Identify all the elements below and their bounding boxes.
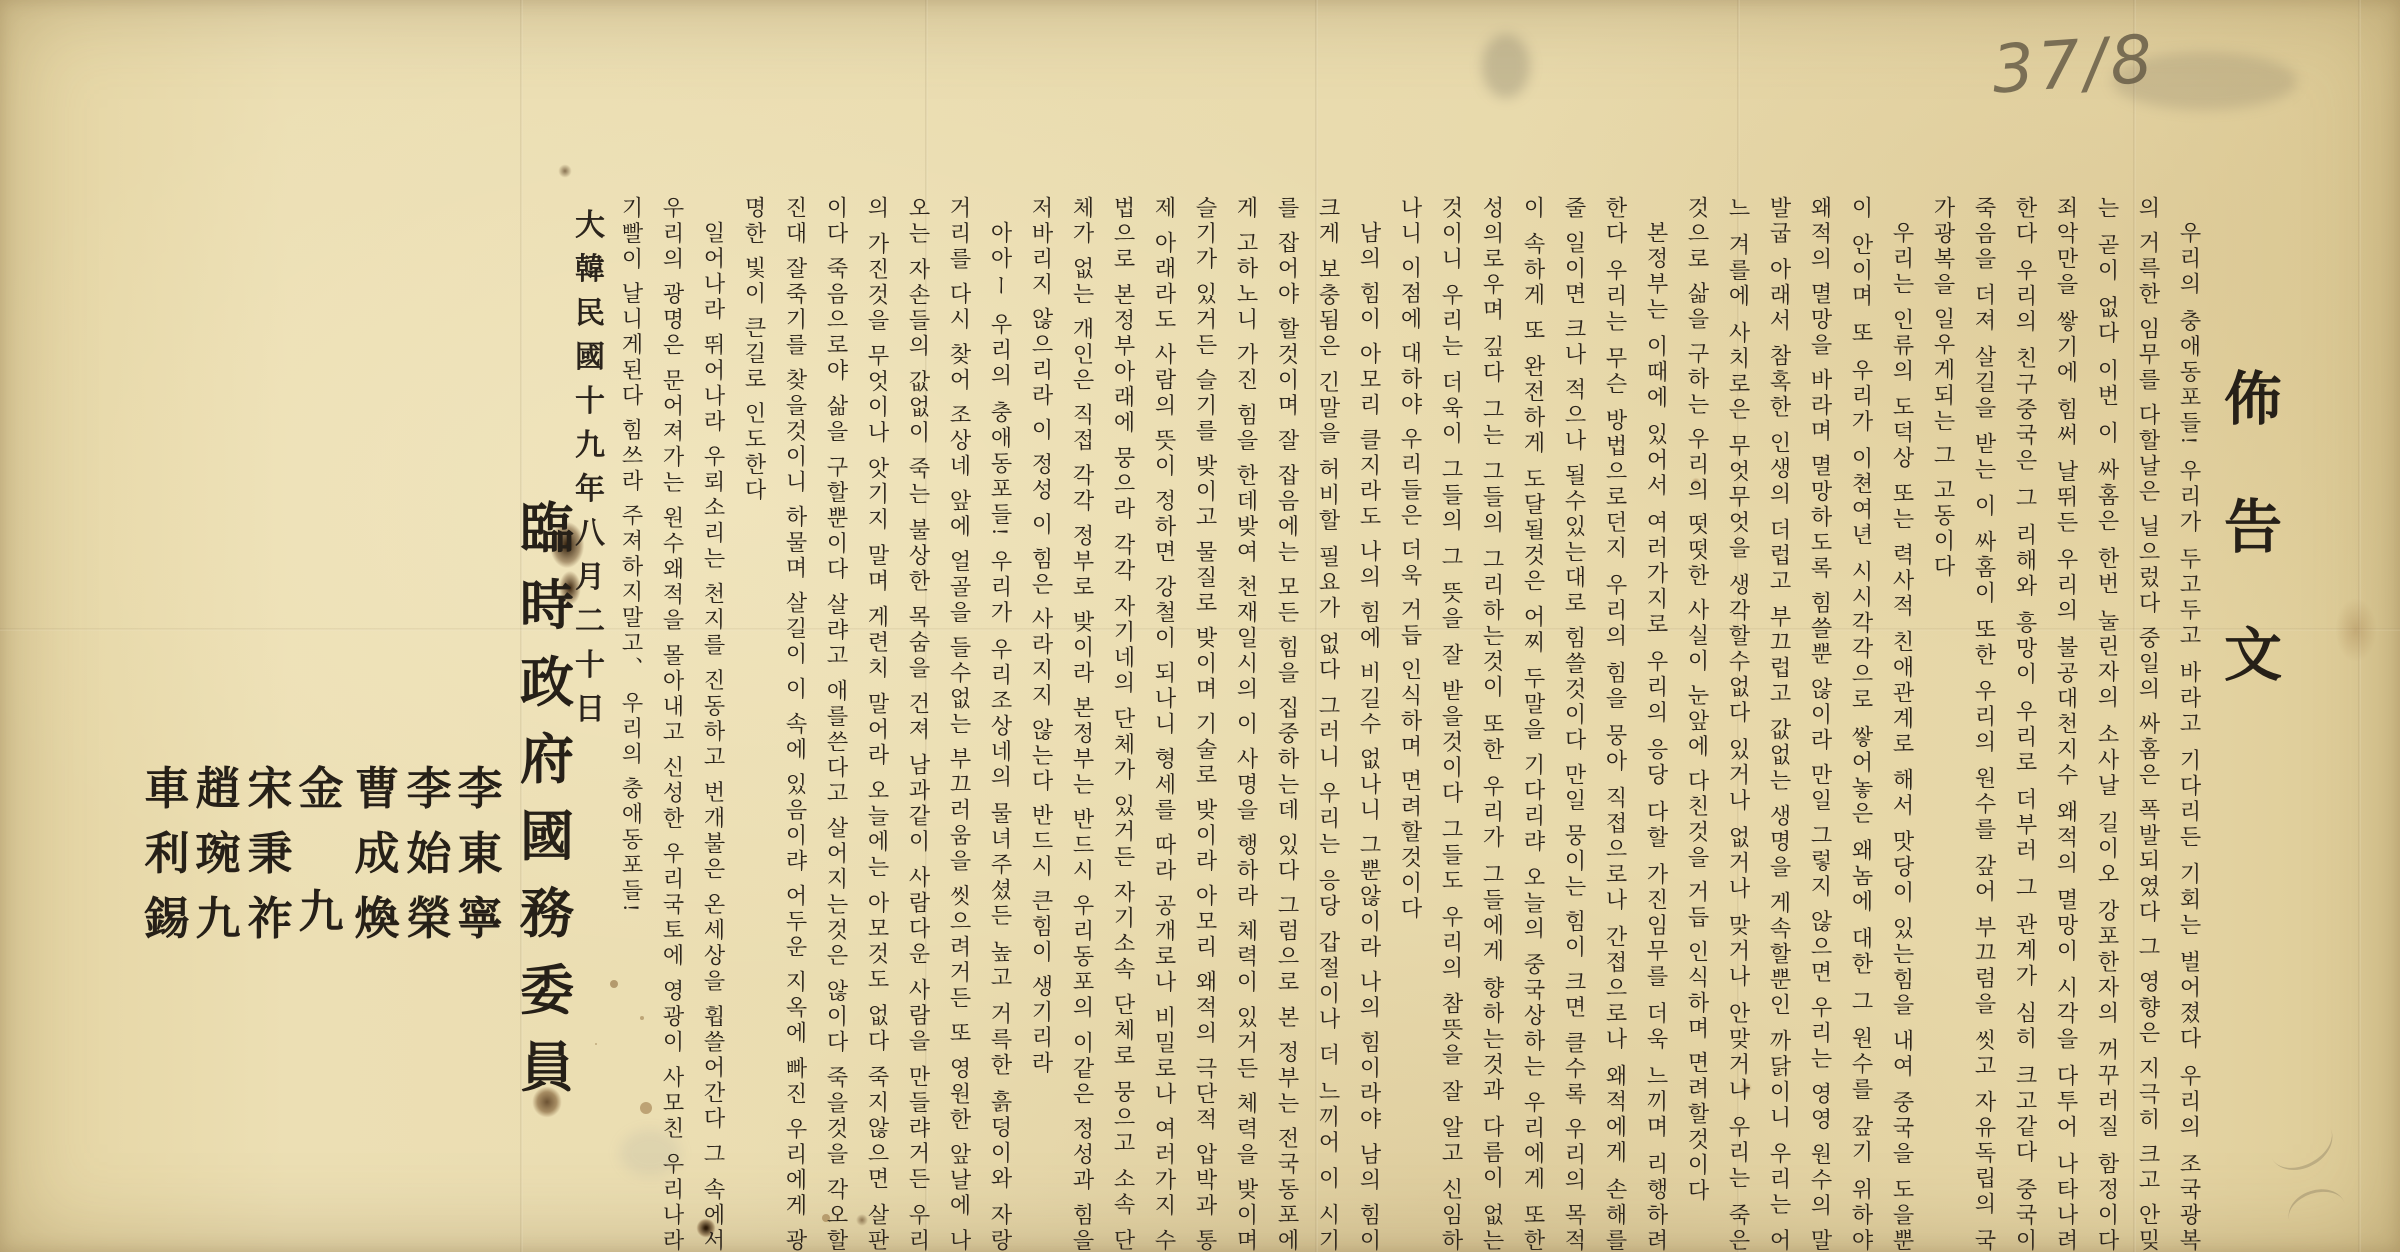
pencil-scribble: [2283, 1182, 2352, 1242]
stain-spot: [556, 162, 574, 180]
signatory-name: 曹成煥: [352, 752, 402, 940]
proclamation-body: 우리의 충애동포들! 우리가 두고두고 바라고 기다리든 기회는 벌어졌다 우리…: [606, 196, 2210, 1252]
body-paragraph: 본정부는 이때에 있어서 여러가지로 우리의 응당 다할 가진임무를 더욱 느끼…: [1390, 196, 1677, 1252]
edge-stain: [2330, 590, 2382, 670]
body-paragraph: 남의 힘이 아모리 클지라도 나의 힘에 비길수 없나니 그뿐않이라 나의 힘이…: [1021, 196, 1390, 1252]
pencil-scribble: [2260, 1105, 2342, 1180]
signatory-name: 趙琬九: [193, 752, 243, 940]
body-paragraph: 우리는 인류의 도덕상 또는 력사적 친애관계로 해서 맛당이 있는힘을 내여 …: [1677, 196, 1923, 1252]
body-paragraph: 우리의 충애동포들! 우리가 두고두고 바라고 기다리든 기회는 벌어졌다 우리…: [1923, 196, 2210, 1252]
signatory-name: 宋秉祚: [245, 752, 295, 940]
gray-smudge: [1482, 34, 1530, 98]
signatory-name: 車利錫: [142, 752, 192, 940]
issuer-title: 臨時政府國務委員: [516, 486, 578, 966]
document-title: 佈告文: [2218, 352, 2288, 692]
body-paragraph: 아아ー 우리의 충애동포들! 우리가 우리조상네의 물녀주셨든 높고 거륵한 흙…: [734, 196, 1021, 1252]
handwritten-archival-number: 37/8: [1990, 20, 2159, 108]
aged-paper-sheet: 37/8 佈告文 우리의 충애동포들! 우리가 두고두고 바라고 기다리든 기회…: [0, 0, 2400, 1252]
signatory-name: 金九: [296, 752, 346, 940]
signatory-name: 李始榮: [404, 752, 454, 940]
signatory-name: 李東寧: [455, 752, 505, 940]
body-paragraph: 일어나라 뛰어나라 우뢰소리는 천지를 진동하고 번개불은 온세상을 휩쓸어간다…: [611, 196, 734, 1252]
